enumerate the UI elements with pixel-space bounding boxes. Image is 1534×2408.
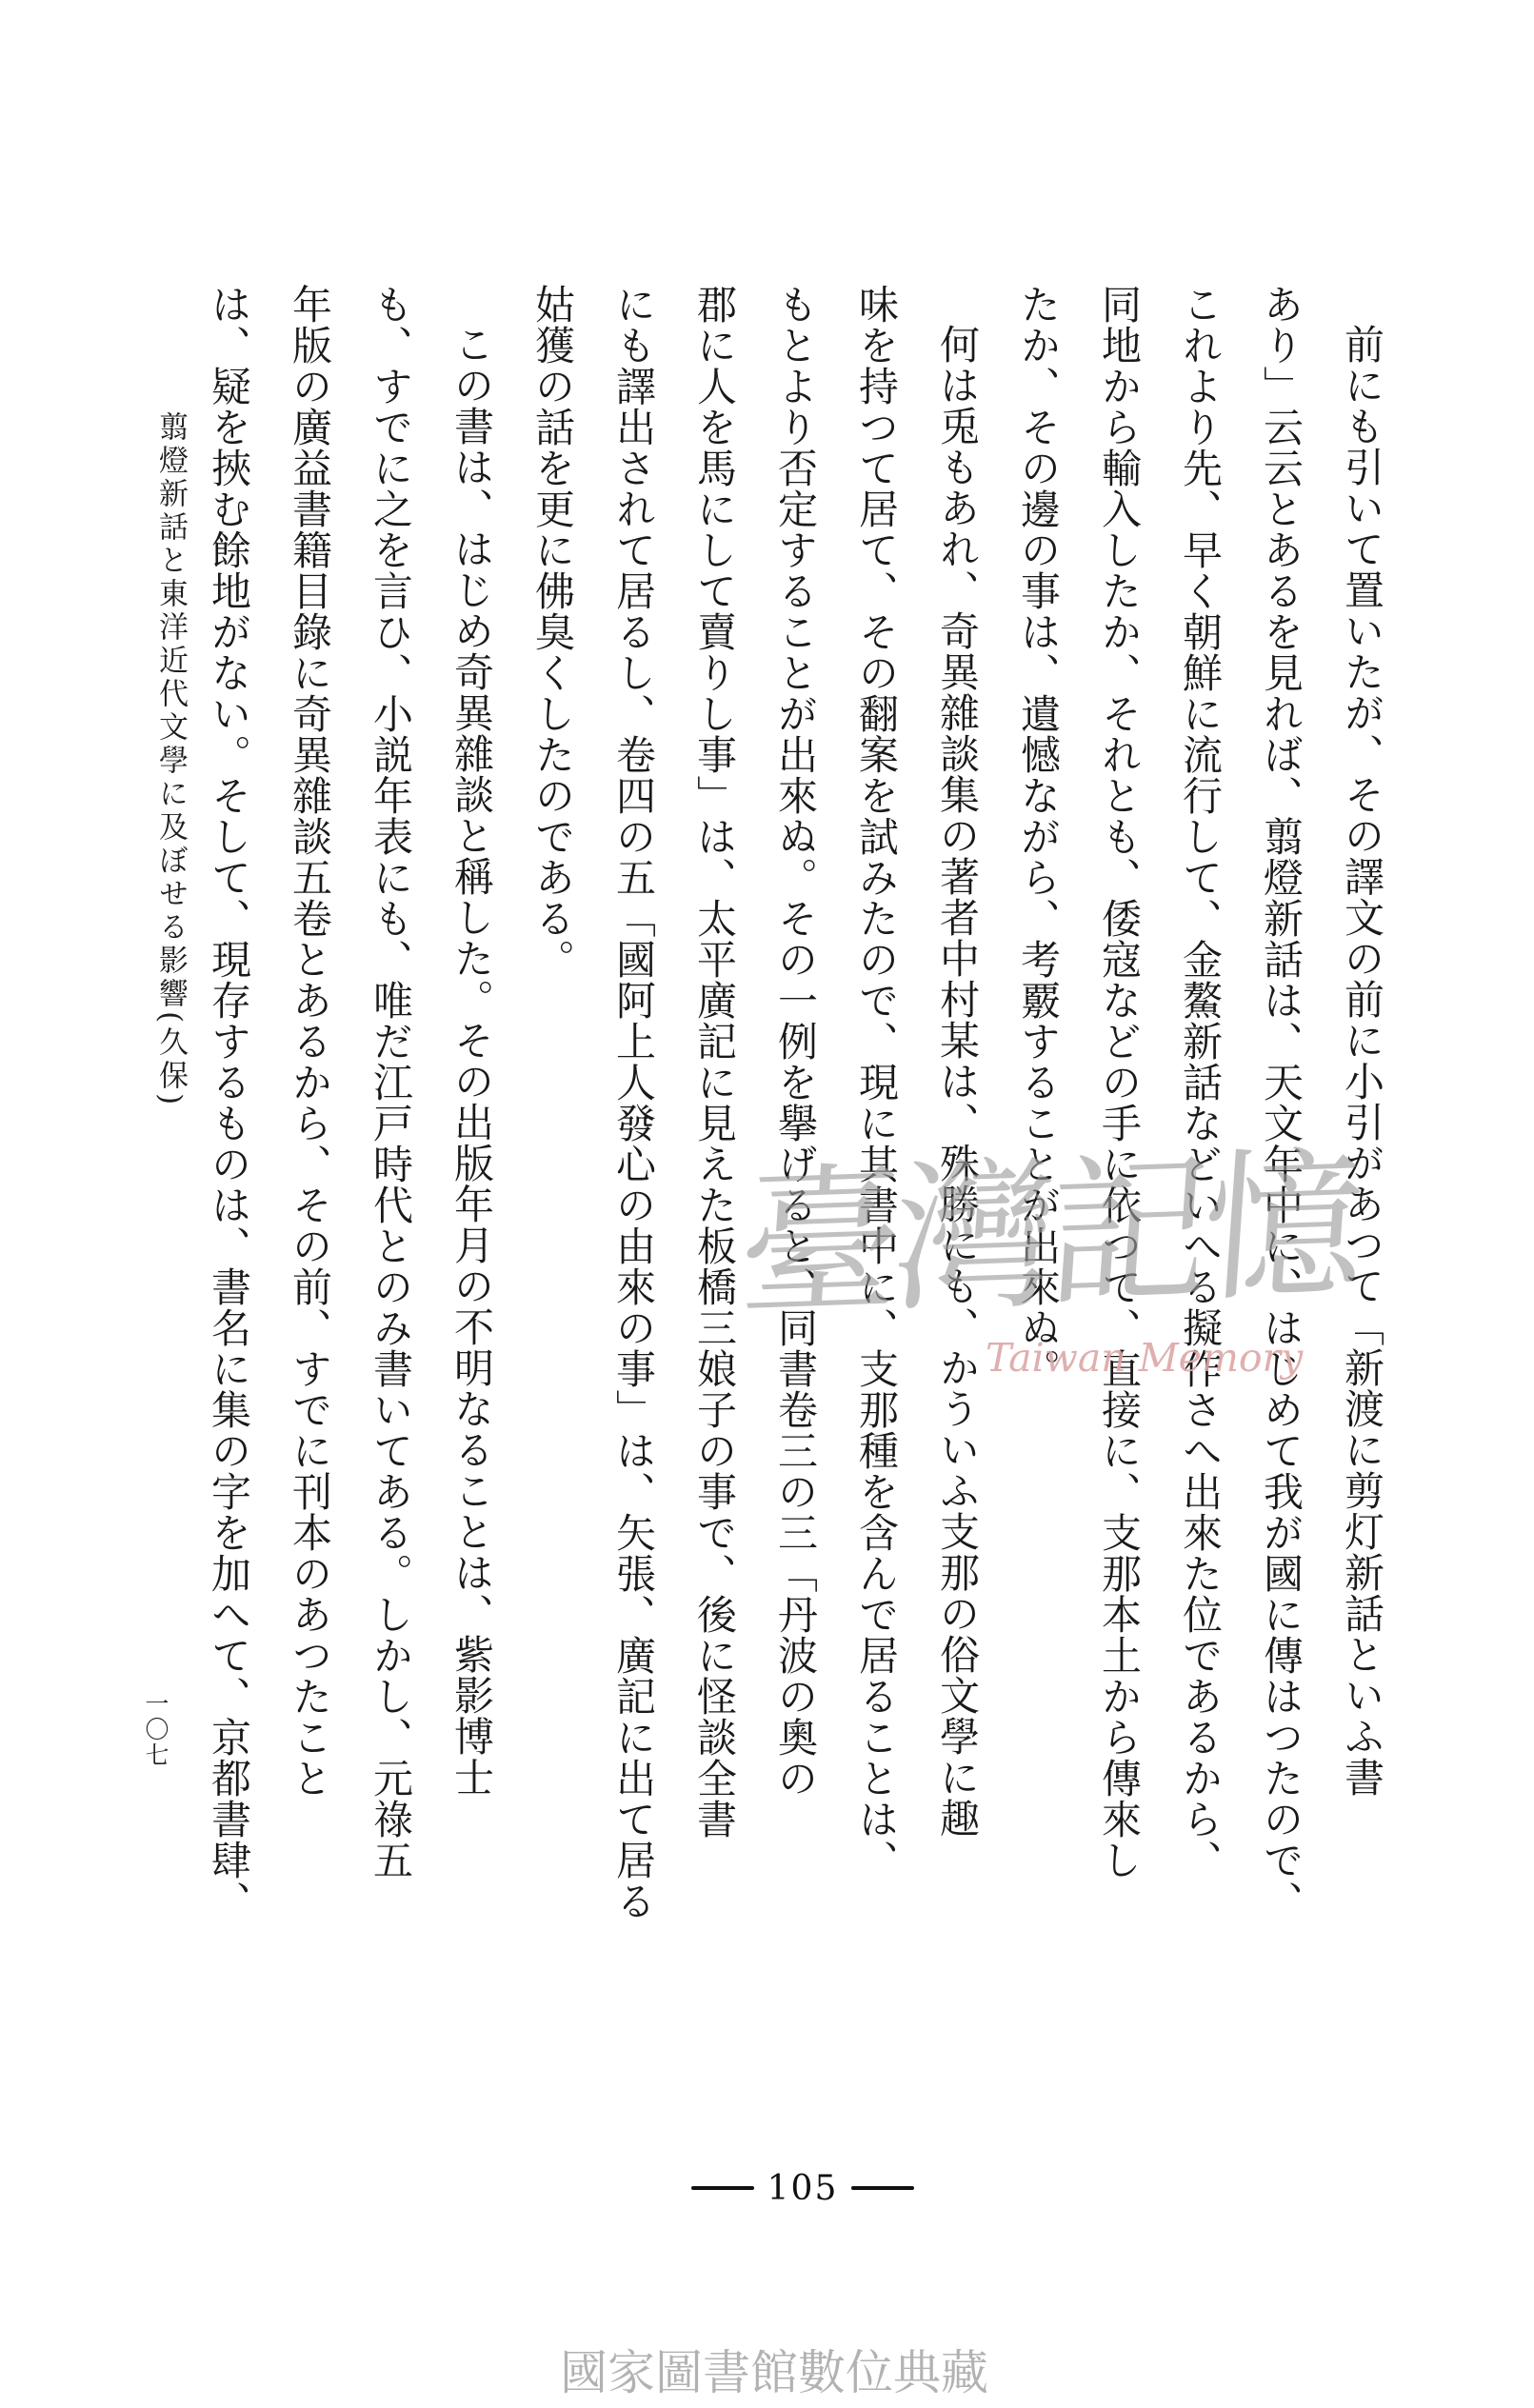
side-folio-number: 一〇七 [138,1691,172,1768]
text-column: たか、その邊の事は、遺憾ながら、考覈することが出來ぬ。 [998,284,1079,1998]
text-column: もとより否定することが出來ぬ。その一例を擧げると、同書卷三の三「丹波の奧の [755,284,836,1998]
text-column: にも譯出されて居るし、卷四の五「國阿上人發心の由來の事」は、矢張、廣記に出て居る [593,284,674,1998]
text-column: この書は、はじめ奇異雜談と稱した。その出版年月の不明なることは、紫影博士 [431,284,512,1998]
text-column: これより先、早く朝鮮に流行して、金鰲新話などいへる擬作さへ出來た位であるから、 [1160,284,1241,1998]
text-column: 前にも引いて置いたが、その譯文の前に小引があつて「新渡に剪灯新話といふ書 [1322,284,1403,1998]
text-column: は、疑を挾む餘地がない。そして、現存するものは、書名に集の字を加へて、京都書肆、 [189,284,269,1998]
text-column: も、すでに之を言ひ、小説年表にも、唯だ江戸時代とのみ書いてある。しかし、元祿五 [350,284,431,1998]
page-number-rule-left [691,2186,754,2190]
scanned-book-page: 翦燈新話と東洋近代文學に及ぼせる影響(久保) 一〇七 前にも引いて置いたが、その… [0,0,1534,2408]
text-column: 何は兎もあれ、奇異雜談集の著者中村某は、殊勝にも、かういふ支那の俗文學に趣 [917,284,998,1998]
text-column: 姑獲の話を更に佛臭くしたのである。 [512,284,593,1998]
text-column: 同地から輸入したか、それとも、倭寇などの手に依つて、直接に、支那本土から傳來し [1079,284,1160,1998]
text-column: 郡に人を馬にして賣りし事」は、太平廣記に見えた板橋三娘子の事で、後に怪談全書 [674,284,755,1998]
main-text-block: 前にも引いて置いたが、その譯文の前に小引があつて「新渡に剪灯新話といふ書あり」云… [184,284,1403,1998]
page-number-rule-right [851,2186,914,2190]
text-column: 年版の廣益書籍目錄に奇異雜談五卷とあるから、その前、すでに刊本のあつたこと [269,284,350,1998]
printed-page-number: 105 [679,2167,926,2209]
page-number-value: 105 [767,2169,839,2208]
text-column: あり」云云とあるを見れば、翦燈新話は、天文年中に、はじめて我が國に傳はつたので、 [1241,284,1322,1998]
library-archive-stamp: 國家圖書館數位典藏 [560,2335,988,2403]
text-column: 味を持つて居て、その翻案を試みたので、現に其書中に、支那種を含んで居ることは、 [836,284,917,1998]
